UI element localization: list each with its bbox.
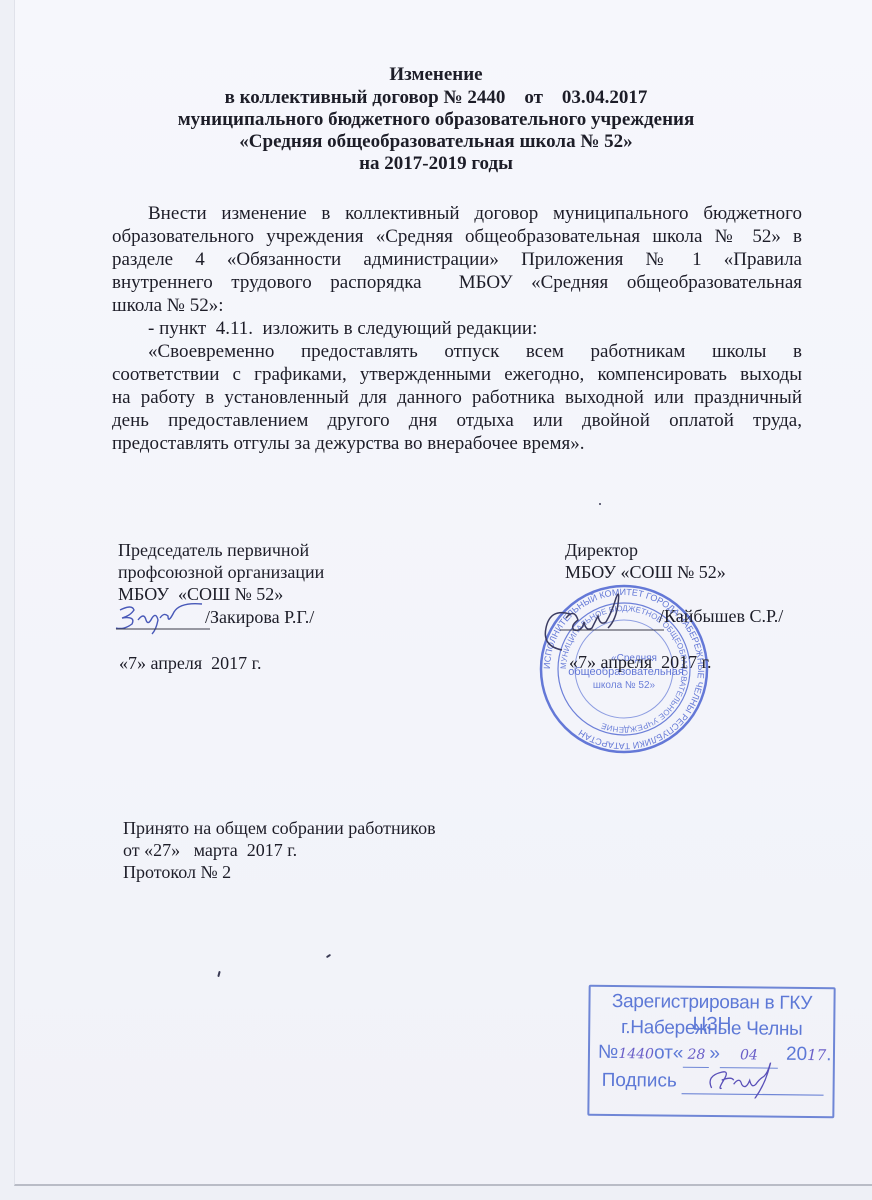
body-line: «Своевременно предоставлять отпуск всем … bbox=[148, 340, 802, 363]
body-line: день предоставлением другого дня отдыха … bbox=[112, 409, 802, 432]
body-line: на работу в установленный для данного ра… bbox=[112, 386, 802, 409]
registration-year-prefix: 20 bbox=[786, 1044, 807, 1065]
school-name: «Средняя общеобразовательная школа № 52» bbox=[0, 131, 872, 153]
registration-close-quote: » bbox=[709, 1043, 720, 1064]
registration-year-end: . bbox=[826, 1044, 832, 1065]
union-sign-date: «7» апреля 2017 г. bbox=[119, 653, 262, 674]
document-title: Изменение bbox=[0, 64, 872, 86]
director-org: МБОУ «СОШ № 52» bbox=[565, 562, 726, 583]
body-line: соответствии с графиками, утвержденными … bbox=[112, 363, 802, 386]
registration-signature-icon bbox=[678, 1062, 826, 1100]
director-signature-icon bbox=[540, 592, 665, 652]
registration-year-suffix: 17 bbox=[807, 1046, 826, 1064]
director-sign-date: «7» апреля 2017 г. bbox=[569, 652, 712, 673]
protocol-number: Протокол № 2 bbox=[123, 862, 231, 883]
registration-stamp: Зарегистрирован в ГКУ ЦЗН г.Набережные Ч… bbox=[587, 985, 835, 1119]
registration-from-label: от« bbox=[654, 1042, 684, 1063]
body-line: предоставлять отгулы за дежурства во вне… bbox=[112, 432, 802, 455]
period-line: на 2017-2019 годы bbox=[0, 153, 872, 175]
stamp-center-3: школа № 52» bbox=[593, 680, 656, 691]
registration-line-2: г.Набережные Челны bbox=[590, 1017, 833, 1042]
body-line: внутреннего трудового распорядка МБОУ «С… bbox=[112, 271, 802, 294]
approval-line-1: Принято на общем собрании работников bbox=[123, 818, 436, 839]
body-line: образовательного учреждения «Средняя общ… bbox=[112, 225, 802, 248]
union-title-1: Председатель первичной bbox=[118, 540, 309, 561]
union-signature-icon bbox=[112, 602, 212, 636]
director-name: /Кайбышев С.Р./ bbox=[659, 606, 783, 627]
registration-number-value: 1440 bbox=[618, 1046, 654, 1062]
body-line: - пункт 4.11. изложить в следующий редак… bbox=[148, 317, 838, 340]
union-title-2: профсоюзной организации bbox=[118, 562, 324, 583]
contract-reference: в коллективный договор № 2440 от 03.04.2… bbox=[0, 87, 872, 109]
scan-speck bbox=[599, 503, 601, 505]
body-line: школа № 52»: bbox=[112, 294, 802, 317]
institution-line: муниципального бюджетного образовательно… bbox=[0, 109, 872, 131]
body-line: Внести изменение в коллективный договор … bbox=[148, 202, 802, 225]
director-title: Директор bbox=[565, 540, 638, 561]
union-chair-name: /Закирова Р.Г./ bbox=[205, 607, 314, 628]
registration-signature-label: Подпись bbox=[602, 1069, 677, 1094]
body-line: разделе 4 «Обязанности администрации» Пр… bbox=[112, 248, 802, 271]
approval-line-2: от «27» марта 2017 г. bbox=[123, 840, 297, 861]
registration-number-label: № bbox=[598, 1042, 619, 1063]
